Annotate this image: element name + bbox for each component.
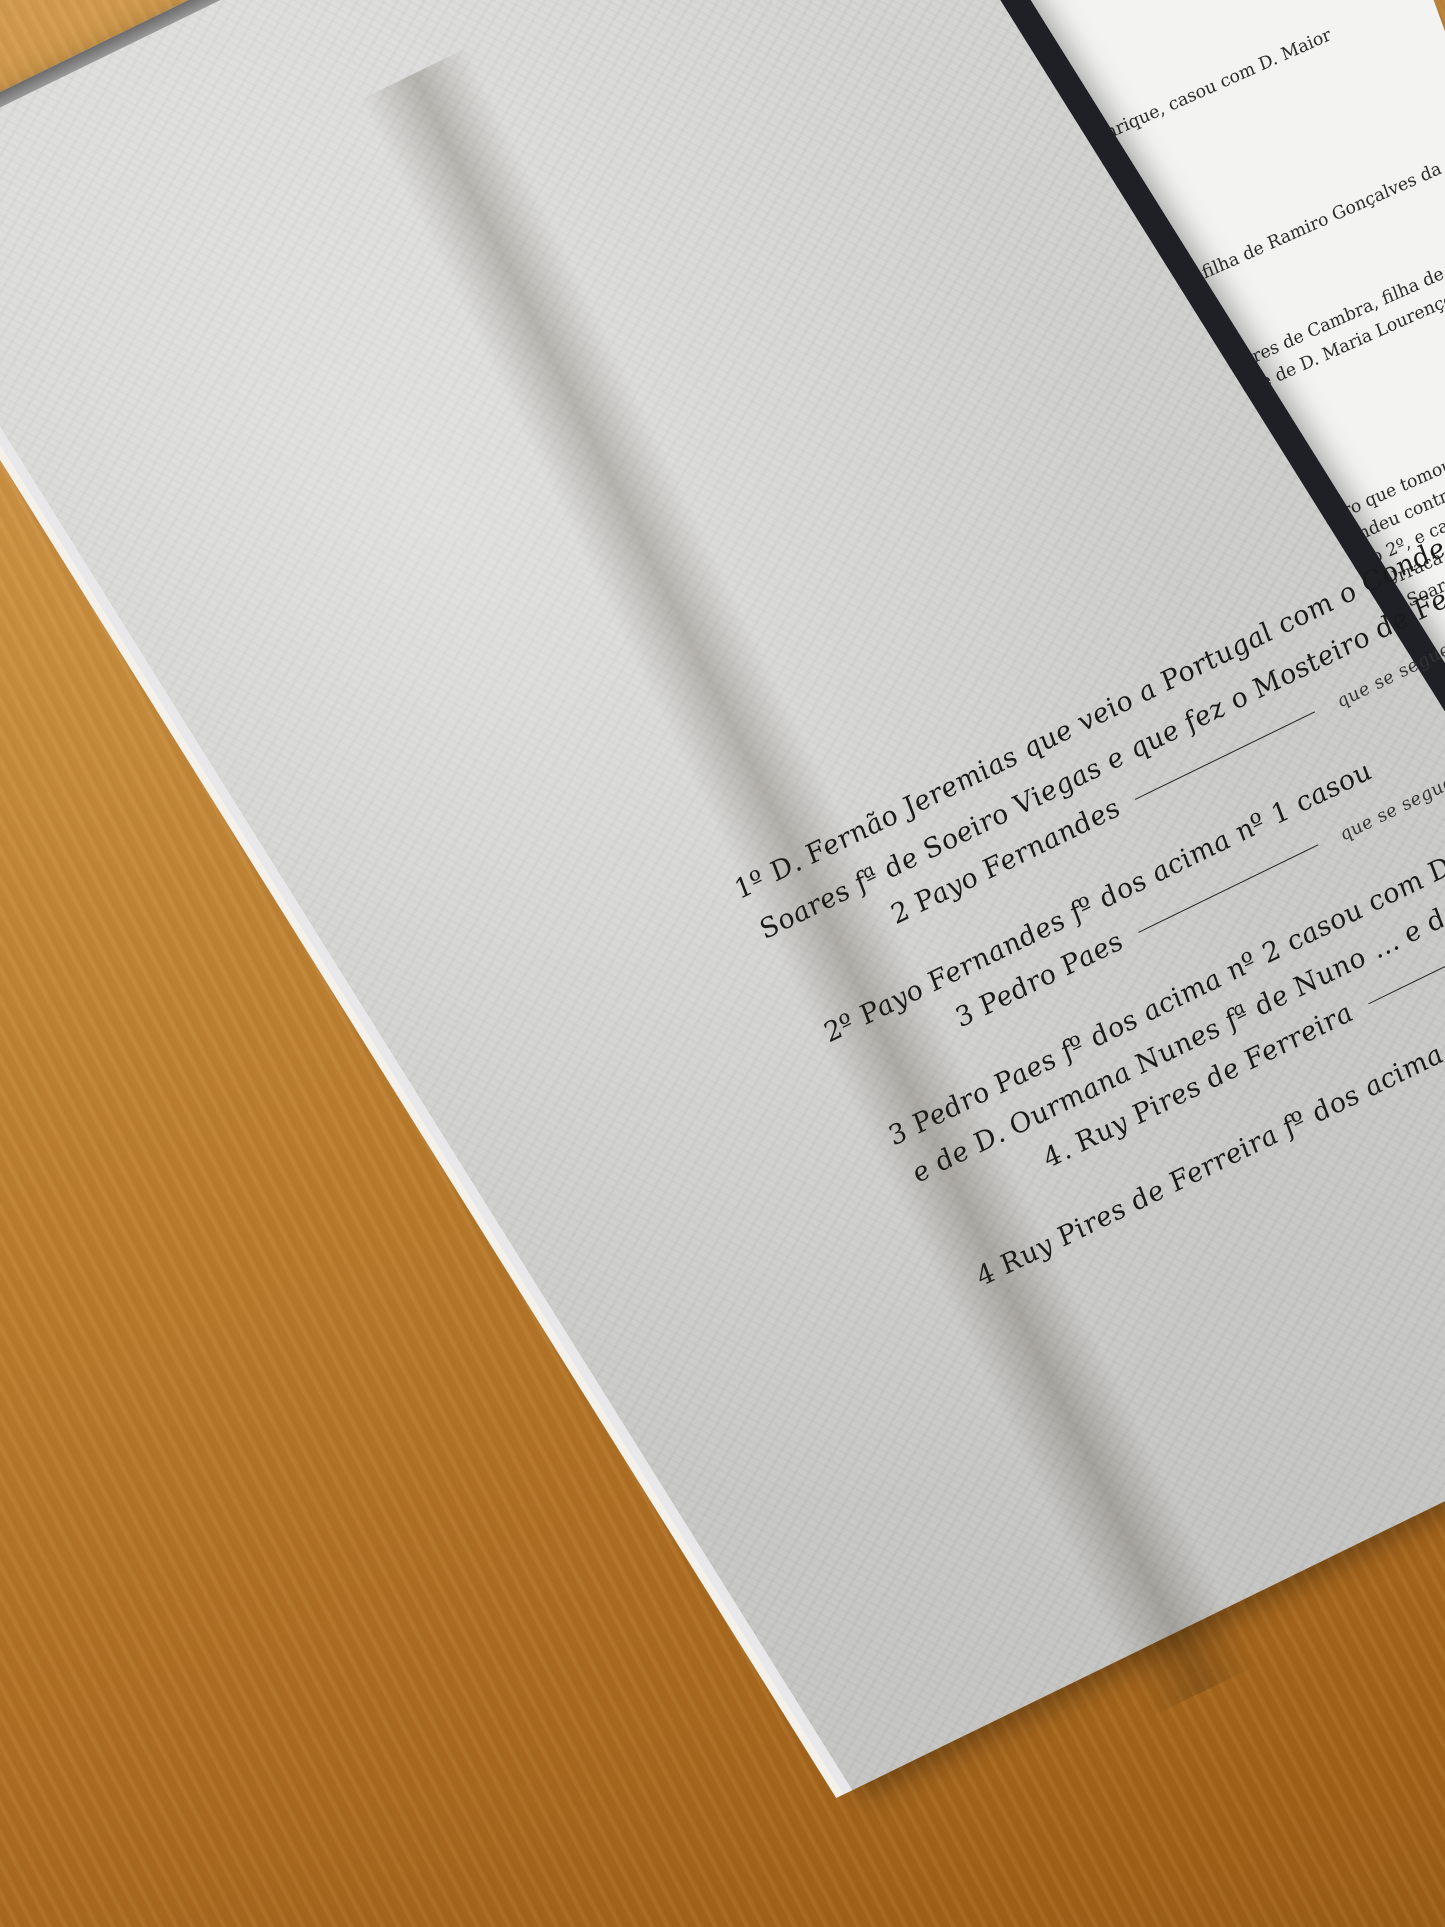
page-top-edge [0,0,818,182]
handwritten-text-block: 1º D. Fernão Jeremias que veio a Portuga… [725,540,1445,1298]
